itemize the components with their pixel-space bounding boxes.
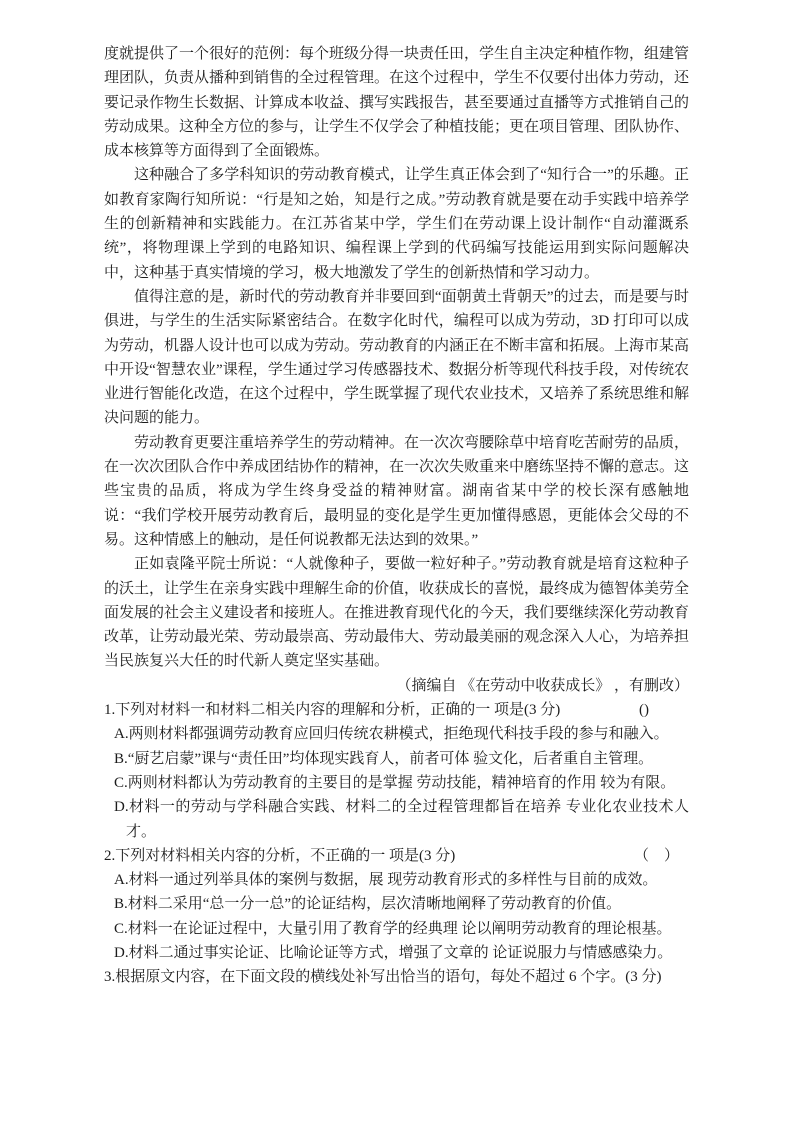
paragraph-5: 正如袁隆平院士所说：“人就像种子，要做一粒好种子。”劳动教育就是培育这粒种子的沃… [104,552,689,673]
paragraph-2: 这种融合了多学科知识的劳动教育模式，让学生真正体会到了“知行合一”的乐趣。正如教… [104,163,689,284]
question-3-stem: 3.根据原文内容，在下面文段的横线处补写出恰当的语句，每处不超过 6 个字。(3… [104,965,689,989]
question-1-option-d: D.材料一的劳动与学科融合实践、材料二的全过程管理都旨在培养 专业化农业技术人才… [104,795,689,844]
question-1-option-a: A.两则材料都强调劳动教育应回归传统农耕模式，拒绝现代科技手段的参与和融入。 [104,722,689,746]
question-1-option-b: B.“厨艺启蒙”课与“责任田”均体现实践育人，前者可体 验文化，后者重自主管理。 [104,747,689,771]
question-1-option-c: C.两则材料都认为劳动教育的主要目的是掌握 劳动技能，精神培育的作用 较为有限。 [104,771,689,795]
question-1-stem: 1.下列对材料一和材料二相关内容的理解和分析，正确的一 项是(3 分) [104,698,560,722]
question-1-head: 1.下列对材料一和材料二相关内容的理解和分析，正确的一 项是(3 分) () [104,698,689,722]
question-2: 2.下列对材料相关内容的分析，不正确的一 项是(3 分) （ ） A.材料一通过… [104,844,689,965]
paragraph-4: 劳动教育更要注重培养学生的劳动精神。在一次次弯腰除草中培育吃苦耐劳的品质，在一次… [104,431,689,552]
question-2-stem: 2.下列对材料相关内容的分析，不正确的一 项是(3 分) [104,844,455,868]
question-2-option-c: C.材料一在论证过程中，大量引用了教育学的经典理 论以阐明劳动教育的理论根基。 [104,917,689,941]
question-1: 1.下列对材料一和材料二相关内容的理解和分析，正确的一 项是(3 分) () A… [104,698,689,844]
question-2-option-a: A.材料一通过列举具体的案例与数据，展 现劳动教育形式的多样性与目前的成效。 [104,868,689,892]
question-2-option-b: B.材料二采用“总一分一总”的论证结构，层次清晰地阐释了劳动教育的价值。 [104,892,689,916]
question-3: 3.根据原文内容，在下面文段的横线处补写出恰当的语句，每处不超过 6 个字。(3… [104,965,689,989]
text-content: 度就提供了一个很好的范例：每个班级分得一块责任田，学生自主决定种植作物，组建管理… [104,42,689,990]
question-2-option-d: D.材料二通过事实论证、比喻论证等方式，增强了文章的 论证说服力与情感感染力。 [104,941,689,965]
paragraph-3: 值得注意的是，新时代的劳动教育并非要回到“面朝黄土背朝天”的过去，而是要与时俱进… [104,285,689,431]
source-attribution: （摘编自 《在劳动中收获成长》 ，有删改） [104,674,689,698]
question-2-answer-bracket: （ ） [634,844,679,868]
paragraph-1: 度就提供了一个很好的范例：每个班级分得一块责任田，学生自主决定种植作物，组建管理… [104,42,689,163]
question-2-head: 2.下列对材料相关内容的分析，不正确的一 项是(3 分) （ ） [104,844,689,868]
question-1-answer-bracket: () [639,698,649,722]
exam-page: 度就提供了一个很好的范例：每个班级分得一块责任田，学生自主决定种植作物，组建管理… [0,0,793,1121]
